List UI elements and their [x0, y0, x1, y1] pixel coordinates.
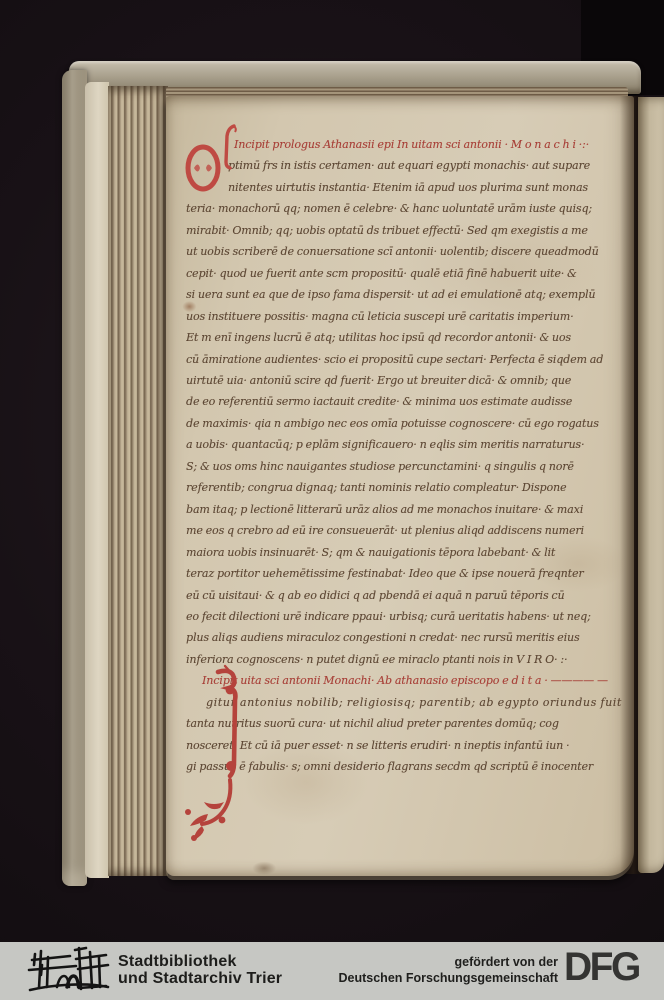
manuscript-text-line: eū cū uisitaui· & q ab eo didici q ad pb…	[186, 585, 634, 606]
manuscript-text-line: bam itaq; p lectionē litterarū urāz alio…	[186, 499, 634, 520]
manuscript-text-line: gi passus ē fabulis· s; omni desiderio f…	[186, 756, 634, 777]
manuscript-text-line: cepit· quod ue fuerit ante scm propositū…	[186, 263, 634, 284]
text-block: Incipit prologus Athanasii epi In uitam …	[186, 134, 634, 778]
library-name-line1: Stadtbibliothek	[118, 953, 282, 970]
manuscript-text-line: maiora uobis insinuarēt· S; qm & nauigat…	[186, 542, 634, 563]
flourished-initial-igitur-icon	[178, 662, 242, 846]
manuscript-page: Incipit prologus Athanasii epi In uitam …	[166, 96, 634, 876]
manuscript-text-line: uirtutē uia· antoniū scire qd fuerit· Er…	[186, 370, 634, 391]
funding-credit: gefördert von der Deutschen Forschungsge…	[339, 955, 559, 986]
funding-line2: Deutschen Forschungsgemeinschaft	[339, 971, 559, 987]
manuscript-text-line: S; & uos oms hinc nauigantes studiose pe…	[186, 456, 634, 477]
prologue-text: ptimū frs in istis certamen· aut equari …	[186, 155, 634, 670]
library-name-line2: und Stadtarchiv Trier	[118, 970, 282, 987]
rubric-incipit-prologus: Incipit prologus Athanasii epi In uitam …	[186, 134, 634, 155]
manuscript-text-line: ptimū frs in istis certamen· aut equari …	[186, 155, 634, 176]
facing-page-sliver	[638, 97, 664, 873]
rubric-incipit-vita: Incipit uita sci antonii Monachi· Ab ath…	[186, 670, 634, 691]
manuscript-text-line: Et m enī ingens lucrū ē atq; utilitas ho…	[186, 327, 634, 348]
manuscript-text-line: referentib; congrua dignaq; tanti nomini…	[186, 477, 634, 498]
page-edges-stack	[108, 86, 168, 876]
photograph-backdrop: Incipit prologus Athanasii epi In uitam …	[0, 0, 664, 1000]
rubric-initial-i-icon	[222, 124, 238, 170]
manuscript-text-line: nosceret· Et cū iā puer esset· n se litt…	[186, 735, 634, 756]
manuscript-text-line: teraz portitor uehemētissime festinabat·…	[186, 563, 634, 584]
porta-nigra-logo-icon	[26, 945, 112, 997]
vita-text: gitur antonius nobilib; religiosisq; par…	[186, 692, 634, 778]
manuscript-text-line: mirabit· Omnib; qq; uobis optatū ds trib…	[186, 220, 634, 241]
manuscript-text-line: ut uobis scriberē de conuersatione scī a…	[186, 241, 634, 262]
manuscript-text-line: de maximis· qia n ambigo nec eos omīa po…	[186, 413, 634, 434]
manuscript-text-line: me eos q crebro ad eū ire consueuerāt· u…	[186, 520, 634, 541]
funding-line1: gefördert von der	[339, 955, 559, 971]
illuminated-initial-o-icon	[184, 144, 222, 192]
manuscript-text-line: inferiora cognoscens· n putet dignū ee m…	[186, 649, 634, 670]
manuscript-text-line: cū āmiratione audientes· scio ei proposi…	[186, 349, 634, 370]
manuscript-text-line: tanta nutritus suorū cura· ut nichil ali…	[186, 713, 634, 734]
footer-bar: Stadtbibliothek und Stadtarchiv Trier ge…	[0, 942, 664, 1000]
manuscript-text-line: uos instituere possitis· magna cū letici…	[186, 306, 634, 327]
flyleaf-edge	[85, 82, 109, 878]
manuscript-text-line: si uera sunt ea que de ipso fama dispers…	[186, 284, 634, 305]
library-name: Stadtbibliothek und Stadtarchiv Trier	[118, 953, 282, 987]
dfg-logo: DFG	[564, 948, 660, 989]
manuscript-text-line: de eo referentiū sermo iactauit credite·…	[186, 391, 634, 412]
manuscript-text-line: a uobis· quantacūq; p eplām significauer…	[186, 434, 634, 455]
book-cover-left-edge	[62, 70, 87, 886]
manuscript-text-line: eo fecit dilectioni urē indicare ppaui· …	[186, 606, 634, 627]
manuscript-text-line: gitur antonius nobilib; religiosisq; par…	[186, 692, 634, 713]
manuscript-text-line: teria· monachorū qq; nomen ē celebre· & …	[186, 198, 634, 219]
manuscript-text-line: nitentes uirtutis instantia· Etenim iā a…	[186, 177, 634, 198]
manuscript-text-line: plus aliqs audiens miraculoz congestioni…	[186, 627, 634, 648]
